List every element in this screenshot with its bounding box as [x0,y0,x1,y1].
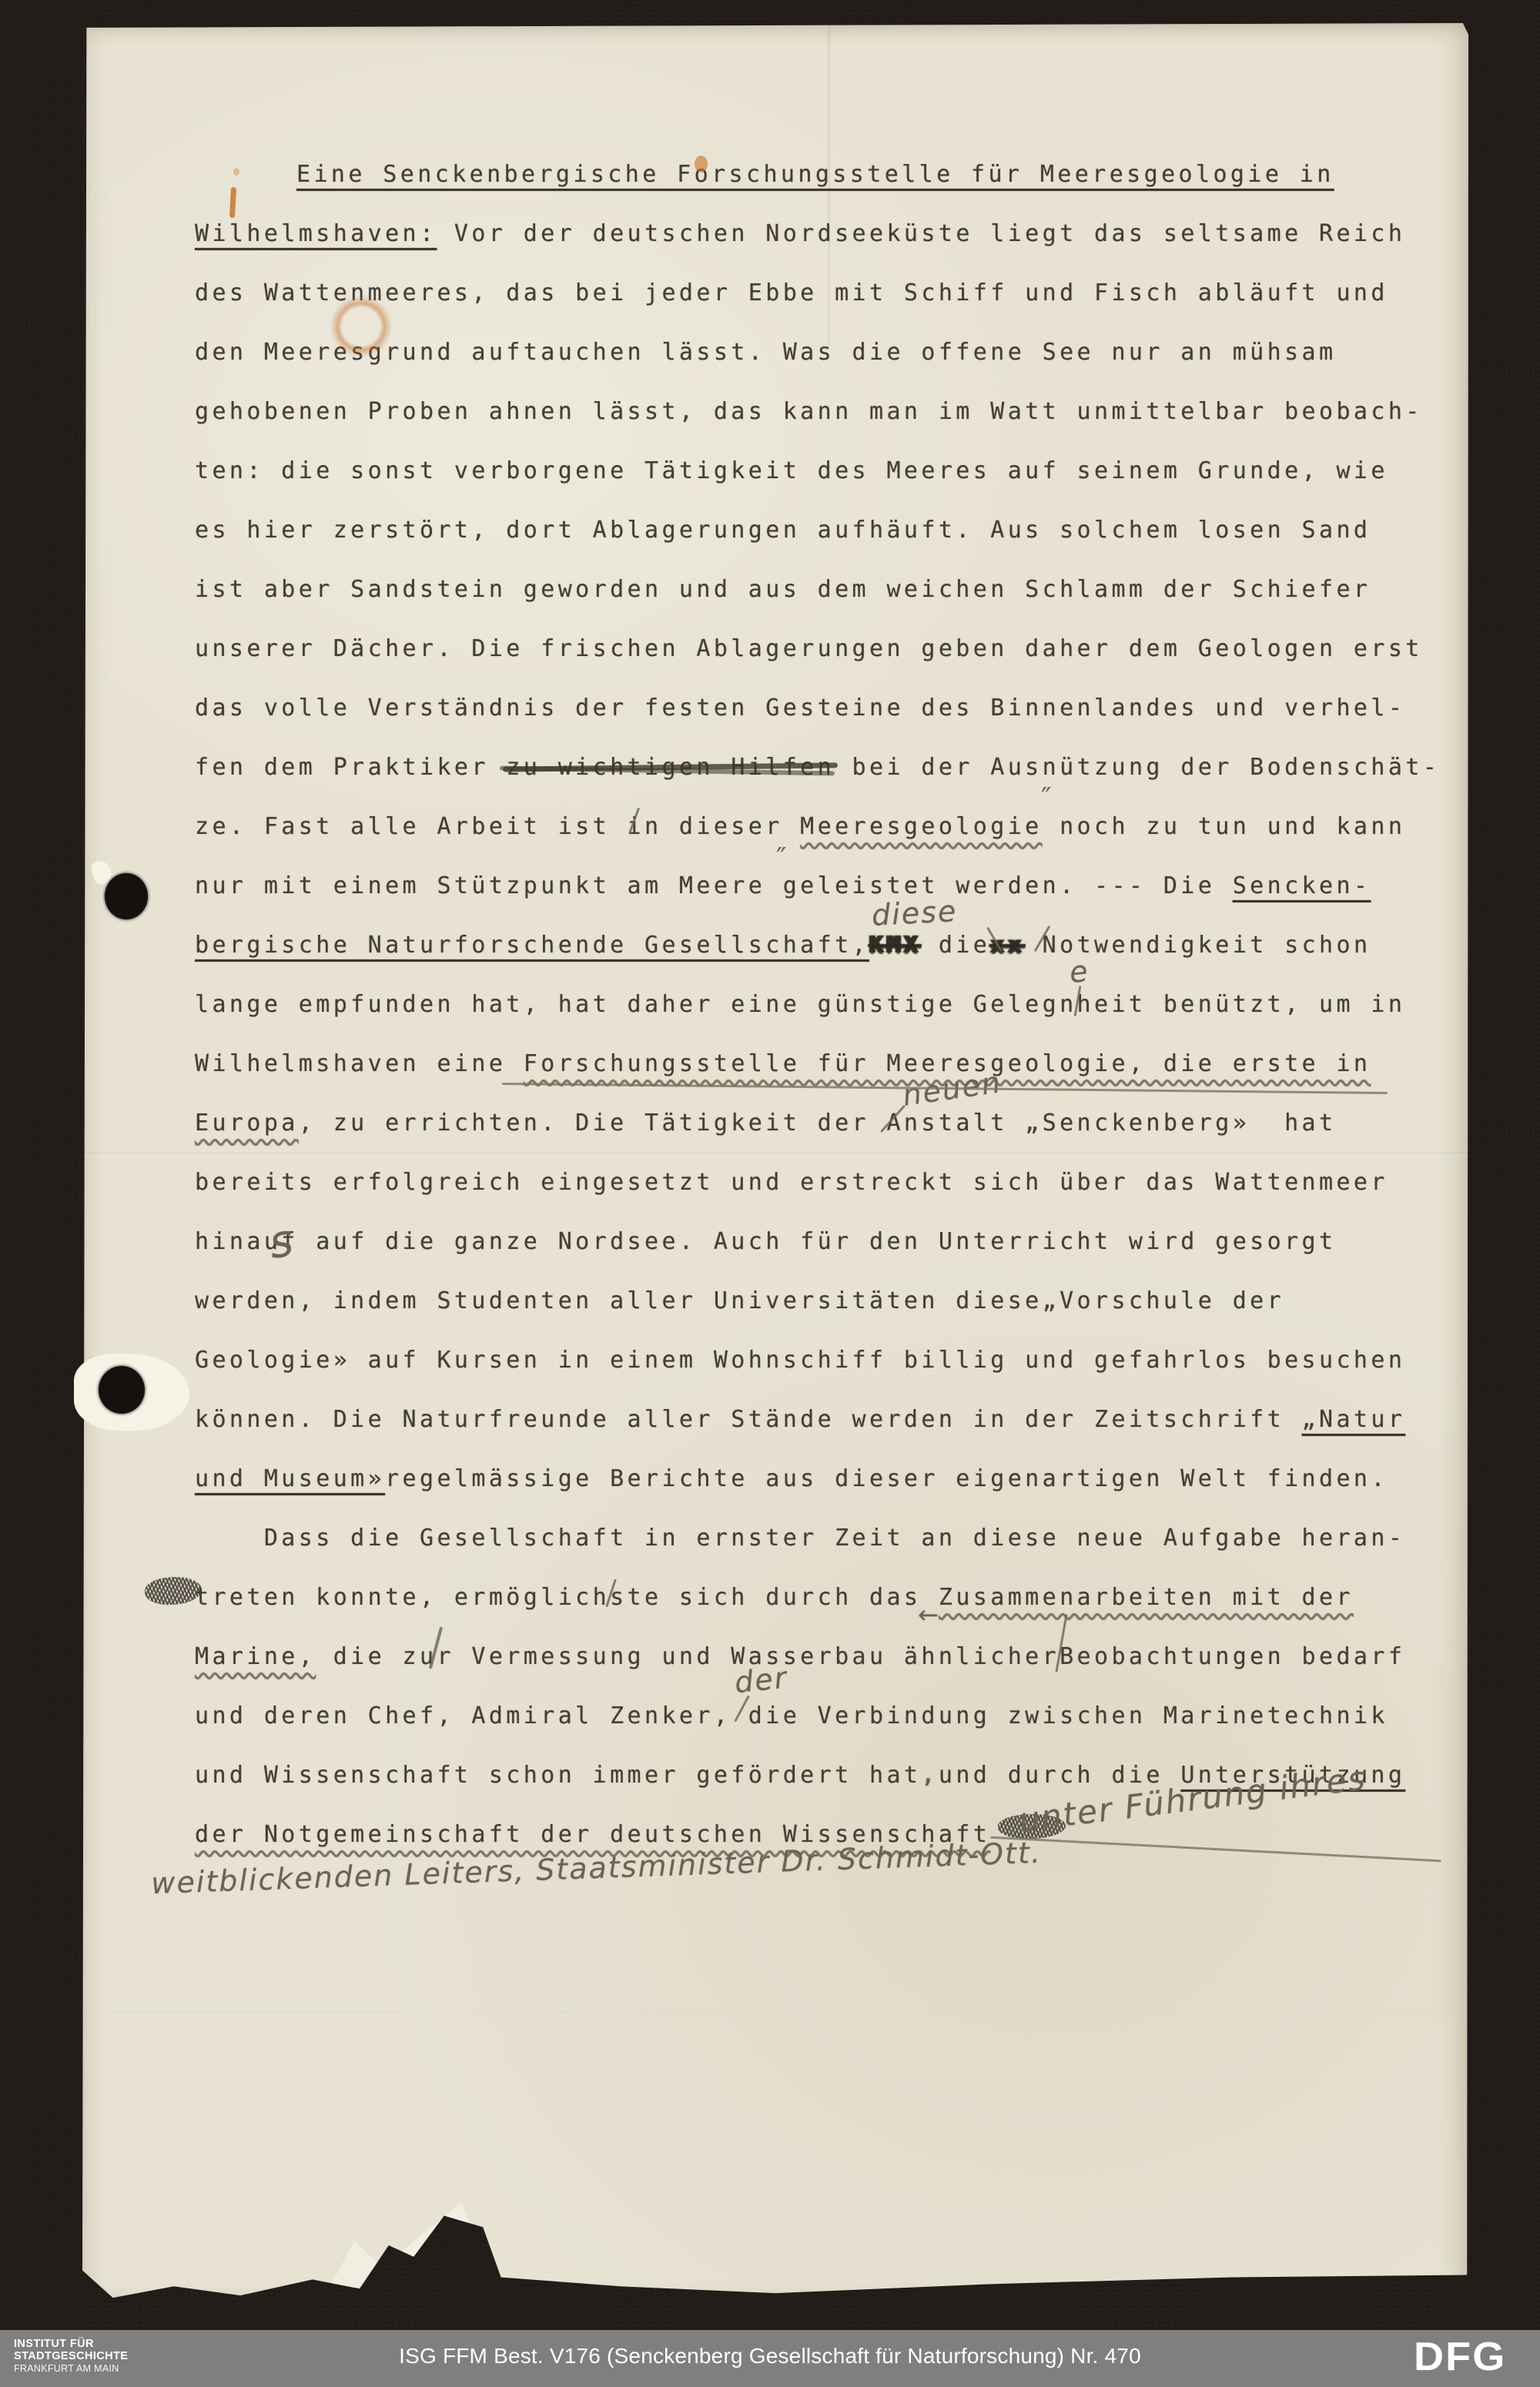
typed-line: es hier zerstört, dort Ablagerungen aufh… [195,515,1371,546]
typed-line: können. Die Naturfreunde aller Stände we… [195,1404,1405,1435]
document-page: Eine Senckenbergische Forschungsstelle f… [82,23,1468,2302]
typed-text: und durch die [939,1762,1180,1789]
typed-text: können. Die Naturfreunde aller Stände we… [195,1406,1302,1433]
typed-text: werden, indem Studenten aller Universitä… [195,1287,1284,1314]
typed-text: treten konnte, ermöglichste sich durch d… [195,1584,939,1611]
typed-text: ist aber Sandstein geworden und aus dem … [195,576,1371,603]
rust-stain [233,168,239,176]
paper-crease [828,23,830,346]
typed-text-u: und Museum» [195,1465,385,1492]
handwritten-annotation: e [1068,954,1091,989]
typed-line: ze. Fast alle Arbeit ist in dieser Meere… [195,812,1405,842]
typed-line: bereits erfolgreich eingesetzt und erstr… [195,1167,1388,1198]
typed-text-pu: Zusammenarbeiten mit der [939,1584,1354,1611]
handwritten-annotation: ″ [776,842,786,874]
scan-viewport: Eine Senckenbergische Forschungsstelle f… [0,0,1540,2387]
typed-text: nur mit einem Stützpunkt am Meere geleis… [195,872,1233,899]
typed-text-u: Eine Senckenbergische Forschungsstelle f… [296,161,1334,188]
rust-stain [695,156,708,172]
typed-text: , zu errichten. Die Tätigkeit der Anstal… [299,1110,1337,1137]
typed-line: ist aber Sandstein geworden und aus dem … [195,574,1371,605]
typed-line: und deren Chef, Admiral Zenker, die Verb… [195,1701,1388,1732]
typed-text-u: Wilhelmshaven: [195,220,437,247]
handwritten-annotation: diese [871,894,958,932]
typed-text-ot: xx [990,932,1025,959]
typed-line: Wilhelmshaven eine Forschungsstelle für … [195,1049,1371,1080]
typed-line: Europa, zu errichten. Die Tätigkeit der … [195,1108,1336,1139]
typed-text: unserer Dächer. Die frischen Ablagerunge… [195,635,1423,662]
typed-text: und Wissenschaft schon immer gefördert h… [195,1762,921,1789]
paper-crease [82,1153,1468,1155]
typed-line: das volle Verständnis der festen Gestein… [195,693,1405,724]
handwritten-annotation: ← [918,1600,940,1629]
typed-text: Wilhelmshaven eine [195,1050,524,1077]
torn-edge [397,2188,514,2285]
typed-text: bei der Ausnützung der Bodenschät- [835,754,1440,781]
handwritten-annotation: ″ [1041,782,1051,814]
typed-line: fen dem Praktiker zu wichtigen Hilfen be… [195,752,1440,783]
typed-text: Vor der deutschen Nordseeküste liegt das… [437,220,1405,247]
typed-text: die zur Vermessung und Wasserbau ähnlich… [316,1643,1405,1670]
typed-text-u: bergische Naturforschende Gesellschaft, [195,932,869,959]
rust-stain [229,187,236,218]
typed-text: es hier zerstört, dort Ablagerungen aufh… [195,517,1371,544]
typed-text: Geologie» auf Kursen in einem Wohnschiff… [195,1347,1405,1374]
typed-text-hwc: , [921,1762,938,1789]
torn-edge [317,2234,395,2293]
archive-footer-bar: INSTITUT FÜR STADTGESCHICHTE FRANKFURT A… [0,2330,1540,2387]
paper-crease [82,2011,1468,2014]
typed-line: und Museum»regelmässige Berichte aus die… [195,1464,1388,1495]
typed-text: gehobenen Proben ahnen lässt, das kann m… [195,398,1423,425]
rust-stain [330,294,392,359]
typed-line: Eine Senckenbergische Forschungsstelle f… [296,159,1334,190]
typed-line: ten: die sonst verborgene Tätigkeit des … [195,456,1388,487]
typed-line: unserer Dächer. Die frischen Ablagerunge… [195,634,1423,665]
typed-text-pu: Marine, [195,1643,316,1670]
typed-line: lange empfunden hat, hat daher eine güns… [195,989,1405,1020]
typed-line: bergische Naturforschende Gesellschaft,K… [195,930,1371,961]
typed-text: die [921,932,990,959]
typed-text-pu: Europa [195,1110,299,1137]
handwritten-annotation: s [266,1214,297,1269]
typed-line: Wilhelmshaven: Vor der deutschen Nordsee… [195,219,1405,249]
typed-text: ten: die sonst verborgene Tätigkeit des … [195,457,1388,484]
typed-line: werden, indem Studenten aller Universitä… [195,1286,1284,1317]
typed-text: und deren Chef, Admiral Zenker, die Verb… [195,1702,1388,1729]
typed-line: Marine, die zur Vermessung und Wasserbau… [195,1642,1405,1672]
typed-text-u: „Natur [1302,1406,1406,1433]
typed-text: Dass die Gesellschaft in ernster Zeit an… [195,1525,1405,1552]
archive-reference-label: ISG FFM Best. V176 (Senckenberg Gesellsc… [0,2344,1540,2369]
typed-line: Dass die Gesellschaft in ernster Zeit an… [195,1523,1405,1554]
pencil-mark [144,1575,203,1606]
handwritten-annotation: der [733,1661,789,1700]
typed-text: noch zu tun und kann [1043,813,1406,840]
typed-text: hinauf auf die ganze Nordsee. Auch für d… [195,1228,1336,1255]
typed-text: lange empfunden hat, hat daher eine güns… [195,991,1405,1018]
typed-line: nur mit einem Stützpunkt am Meere geleis… [195,871,1371,902]
typed-text: regelmässige Berichte aus dieser eigenar… [385,1465,1388,1492]
typed-text-strike: zu wichtigen Hilfen [506,754,835,781]
typed-text: fen dem Praktiker [195,754,506,781]
dfg-logo: DFG [1414,2334,1506,2380]
typed-text-pu: Meeresgeologie [800,813,1042,840]
typed-line: Geologie» auf Kursen in einem Wohnschiff… [195,1345,1405,1376]
typed-line: hinauf auf die ganze Nordsee. Auch für d… [195,1227,1336,1257]
typed-text: bereits erfolgreich eingesetzt und erstr… [195,1169,1388,1196]
punch-hole [99,1366,145,1414]
typed-line: gehobenen Proben ahnen lässt, das kann m… [195,397,1423,427]
typed-text-u: Sencken- [1233,872,1371,899]
typed-line: treten konnte, ermöglichste sich durch d… [195,1582,1354,1613]
typed-text: ze. Fast alle Arbeit ist in dieser [195,813,800,840]
typed-text-ot: KMX [869,932,921,959]
pencil-mark [990,1836,1441,1863]
punch-hole [105,873,148,919]
typed-text: das volle Verständnis der festen Gestein… [195,695,1405,721]
